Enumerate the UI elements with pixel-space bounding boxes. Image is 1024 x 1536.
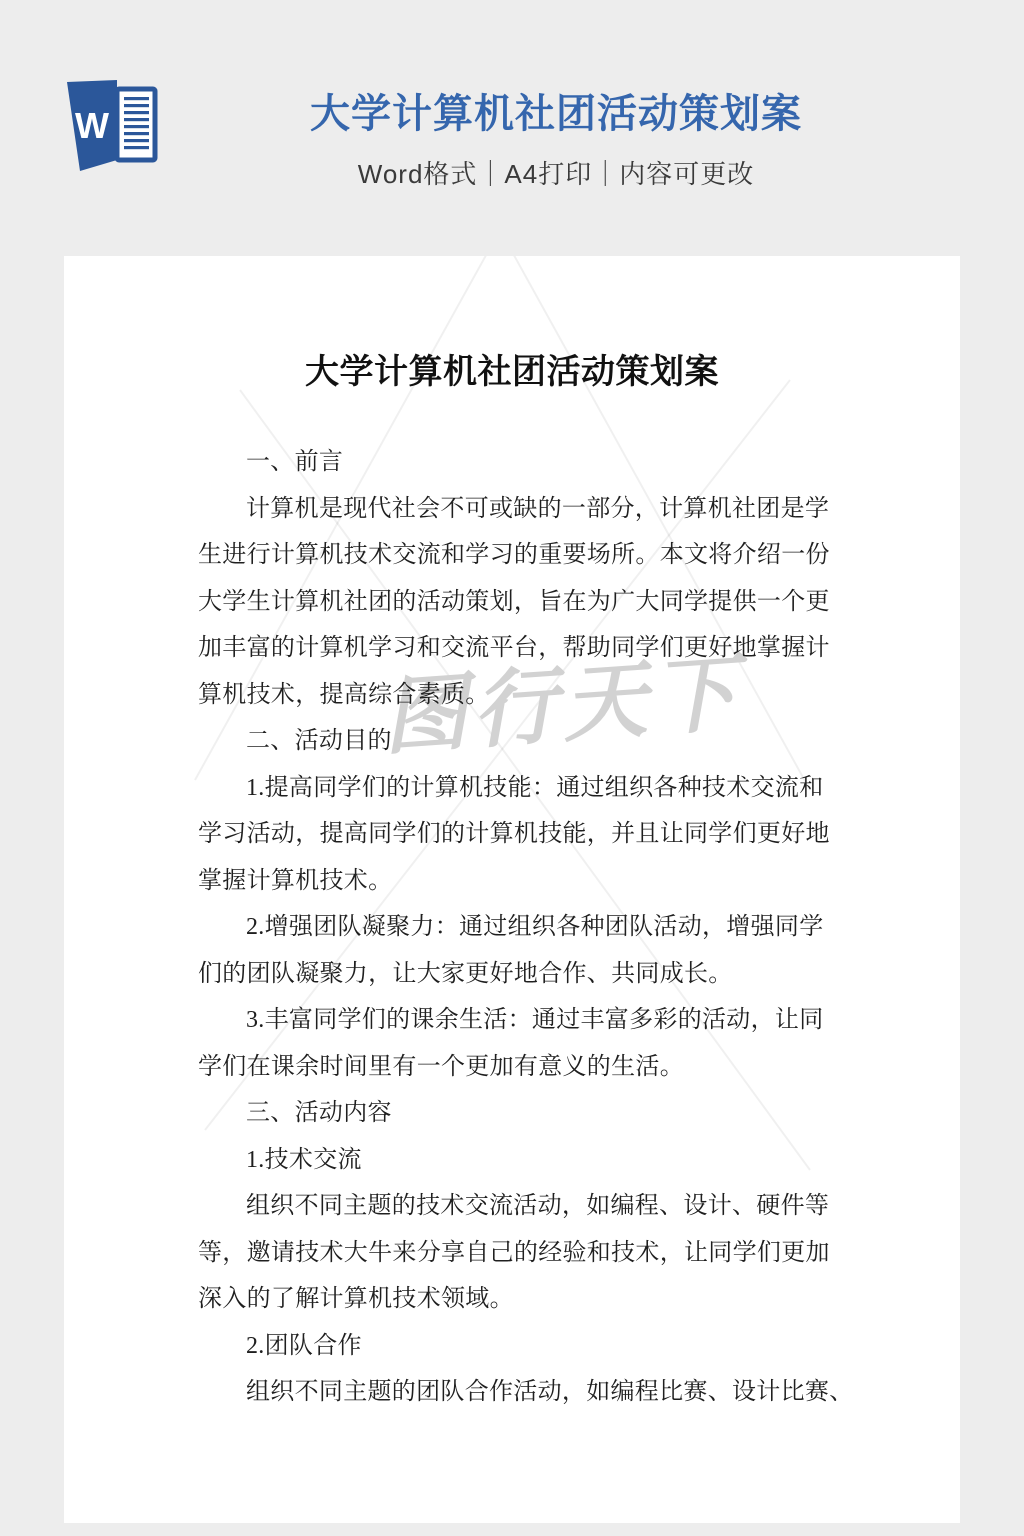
doc-line: 组织不同主题的技术交流活动，如编程、设计、硬件等 bbox=[198, 1183, 846, 1230]
doc-line: 3.丰富同学们的课余生活：通过丰富多彩的活动，让同 bbox=[198, 997, 846, 1044]
doc-line: 加丰富的计算机学习和交流平台，帮助同学们更好地掌握计 bbox=[198, 625, 846, 672]
doc-line: 2.团队合作 bbox=[198, 1323, 846, 1370]
header-text: 大学计算机社团活动策划案 Word格式｜A4打印｜内容可更改 bbox=[286, 92, 826, 191]
page-title: 大学计算机社团活动策划案 bbox=[286, 92, 826, 136]
doc-line: 等，邀请技术大牛来分享自己的经验和技术，让同学们更加 bbox=[198, 1230, 846, 1277]
document-title: 大学计算机社团活动策划案 bbox=[64, 344, 960, 393]
doc-line: 大学生计算机社团的活动策划，旨在为广大同学提供一个更 bbox=[198, 579, 846, 626]
doc-line: 深入的了解计算机技术领域。 bbox=[198, 1276, 846, 1323]
word-file-icon: W bbox=[64, 80, 160, 176]
doc-line: 1.提高同学们的计算机技能：通过组织各种技术交流和 bbox=[198, 765, 846, 812]
doc-line: 组织不同主题的团队合作活动，如编程比赛、设计比赛、 bbox=[198, 1369, 846, 1416]
doc-line: 学习活动，提高同学们的计算机技能，并且让同学们更好地 bbox=[198, 811, 846, 858]
word-icon-letter: W bbox=[75, 105, 109, 146]
page-subtitle: Word格式｜A4打印｜内容可更改 bbox=[286, 154, 826, 191]
doc-line: 1.技术交流 bbox=[198, 1137, 846, 1184]
document-page: 图行天下 大学计算机社团活动策划案 一、前言计算机是现代社会不可或缺的一部分，计… bbox=[64, 256, 960, 1523]
document-body: 一、前言计算机是现代社会不可或缺的一部分，计算机社团是学生进行计算机技术交流和学… bbox=[198, 439, 846, 1416]
doc-line: 生进行计算机技术交流和学习的重要场所。本文将介绍一份 bbox=[198, 532, 846, 579]
doc-line: 计算机是现代社会不可或缺的一部分，计算机社团是学 bbox=[198, 486, 846, 533]
word-icon-graphic: W bbox=[64, 80, 160, 176]
doc-line: 算机技术，提高综合素质。 bbox=[198, 672, 846, 719]
doc-line: 学们在课余时间里有一个更加有意义的生活。 bbox=[198, 1044, 846, 1091]
header: W 大学计算机社团活动策划案 Word格式｜A4打印｜内容可更改 bbox=[0, 0, 1024, 256]
doc-line: 二、活动目的 bbox=[198, 718, 846, 765]
doc-line: 掌握计算机技术。 bbox=[198, 858, 846, 905]
doc-line: 2.增强团队凝聚力：通过组织各种团队活动，增强同学 bbox=[198, 904, 846, 951]
doc-line: 们的团队凝聚力，让大家更好地合作、共同成长。 bbox=[198, 951, 846, 998]
doc-line: 三、活动内容 bbox=[198, 1090, 846, 1137]
doc-line: 一、前言 bbox=[198, 439, 846, 486]
